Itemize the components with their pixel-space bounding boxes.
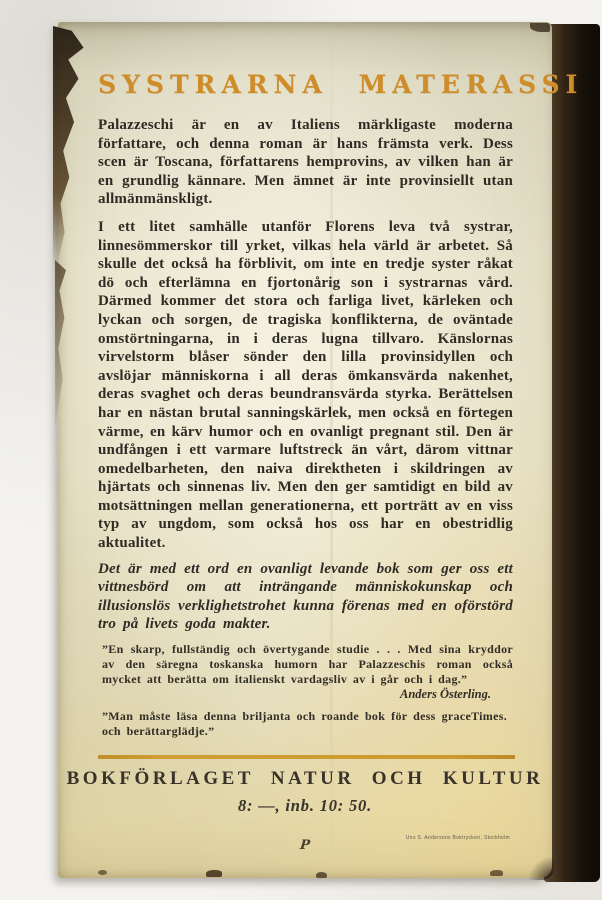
review-source-times: Times.	[471, 709, 513, 724]
book-spine-shadow	[544, 24, 600, 882]
publisher-name: BOKFÖRLAGET NATUR OCH KULTUR	[58, 768, 552, 790]
review-quote-osterling: ”En skarp, fullständig och övertygande s…	[102, 642, 513, 687]
blurb-paragraph-italic: Det är med ett ord en ovanligt levande b…	[98, 560, 513, 634]
press-reviews: ”En skarp, fullständig och övertygande s…	[98, 642, 513, 739]
cover-text-block: SYSTRARNA MATERASSI Palazzeschi är en av…	[58, 22, 552, 878]
printer-imprint: Uno S. Andersons Boktryckeri, Stockholm	[406, 835, 510, 841]
divider-rule	[98, 755, 515, 759]
review-quote-times-text: ”Man måste läsa denna briljanta och roan…	[102, 709, 471, 738]
review-source-osterling: Anders Österling.	[102, 687, 513, 702]
review-quote-times: Times. ”Man måste läsa denna briljanta o…	[102, 709, 513, 739]
blurb-paragraph-2: I ett litet samhälle utanför Florens lev…	[98, 218, 513, 553]
price-line: 8: —, inb. 10: 50.	[58, 796, 552, 816]
photo-backdrop: { "cover": { "title": "SYSTRARNA MATERAS…	[0, 0, 602, 900]
blurb-paragraph-1: Palazzeschi är en av Italiens märkligast…	[98, 116, 513, 209]
book-back-cover: SYSTRARNA MATERASSI Palazzeschi är en av…	[58, 22, 552, 878]
book-title: SYSTRARNA MATERASSI	[98, 70, 513, 99]
